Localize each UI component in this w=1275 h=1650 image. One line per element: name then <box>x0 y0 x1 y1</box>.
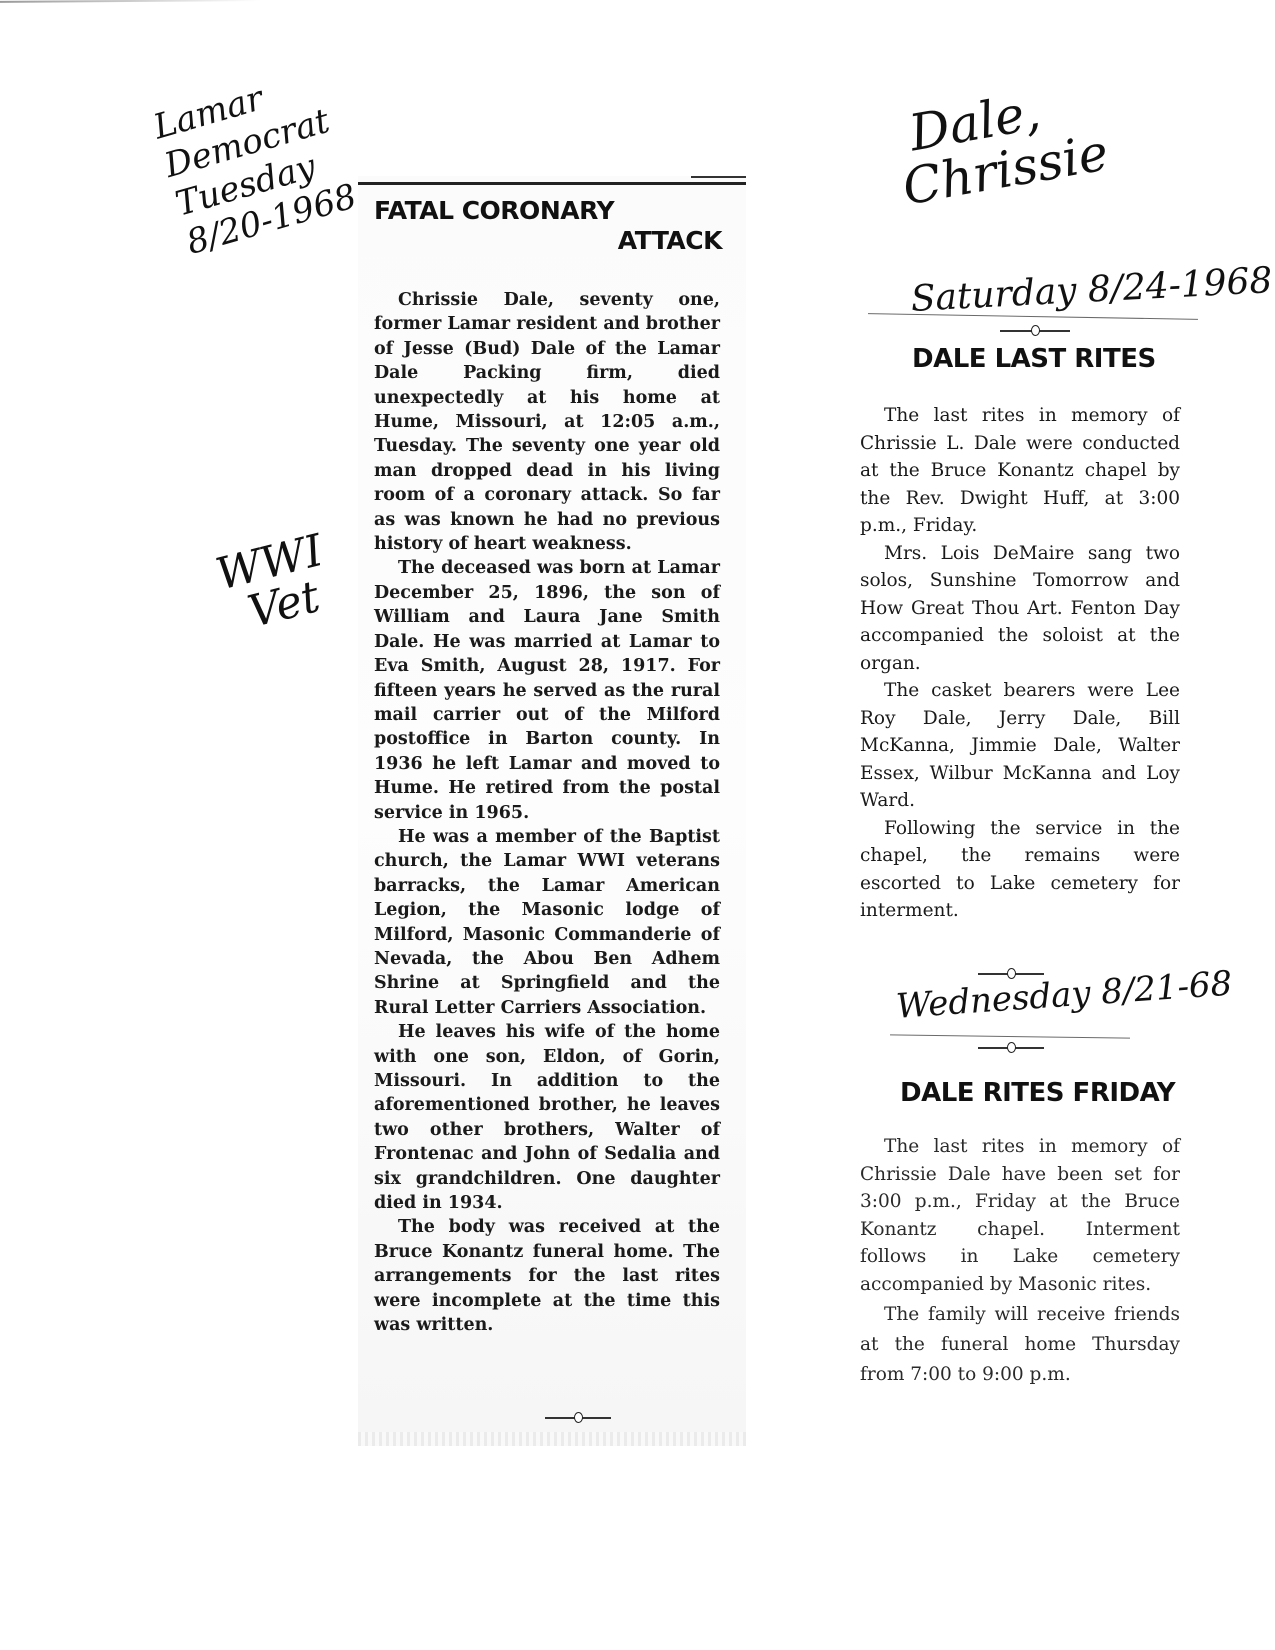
ink-underline <box>890 1034 1130 1038</box>
paragraph: The body was received at the Bruce Konan… <box>374 1215 720 1337</box>
article-body-rites-friday: The last rites in memory of Chrissie Dal… <box>860 1133 1180 1390</box>
paragraph: The last rites in memory of Chrissie L. … <box>860 402 1180 540</box>
headline-rites-friday: DALE RITES FRIDAY <box>900 1078 1175 1108</box>
handwritten-name-note: Dale, Chrissie <box>890 76 1112 214</box>
paragraph: He was a member of the Baptist church, t… <box>374 825 720 1020</box>
headline-line-2: ATTACK <box>618 226 722 255</box>
handwritten-veteran-note: WWI Vet <box>212 529 338 640</box>
article-body-last-rites: The last rites in memory of Chrissie L. … <box>860 402 1180 925</box>
section-separator <box>1000 325 1070 335</box>
paragraph: The casket bearers were Lee Roy Dale, Je… <box>860 677 1180 815</box>
article-body: Chrissie Dale, seventy one, former Lamar… <box>374 288 720 1337</box>
paragraph: The family will receive friends at the f… <box>860 1300 1180 1390</box>
scan-edge <box>0 0 260 3</box>
section-separator <box>978 1042 1044 1052</box>
headline-line-1: FATAL CORONARY <box>374 196 614 225</box>
paragraph: The deceased was born at Lamar December … <box>374 556 720 824</box>
paragraph: The last rites in memory of Chrissie Dal… <box>860 1133 1180 1298</box>
paragraph: Following the service in the chapel, the… <box>860 815 1180 925</box>
headline-last-rites: DALE LAST RITES <box>912 344 1156 374</box>
handwritten-source-note: Lamar Democrat Tuesday 8/20-1968 <box>150 64 362 266</box>
header-rule <box>691 176 746 178</box>
paragraph: He leaves his wife of the home with one … <box>374 1020 720 1215</box>
handwritten-wednesday-date: Wednesday 8/21-68 <box>895 967 1233 1024</box>
header-rule <box>358 182 746 185</box>
end-separator <box>545 1412 611 1422</box>
clipping-fatal-coronary: FATAL CORONARY ATTACK Chrissie Dale, sev… <box>358 176 746 1446</box>
paragraph: Chrissie Dale, seventy one, former Lamar… <box>374 288 720 556</box>
paragraph: Mrs. Lois DeMaire sang two solos, Sunshi… <box>860 540 1180 678</box>
handwritten-saturday-date: Saturday 8/24-1968 <box>910 263 1273 318</box>
